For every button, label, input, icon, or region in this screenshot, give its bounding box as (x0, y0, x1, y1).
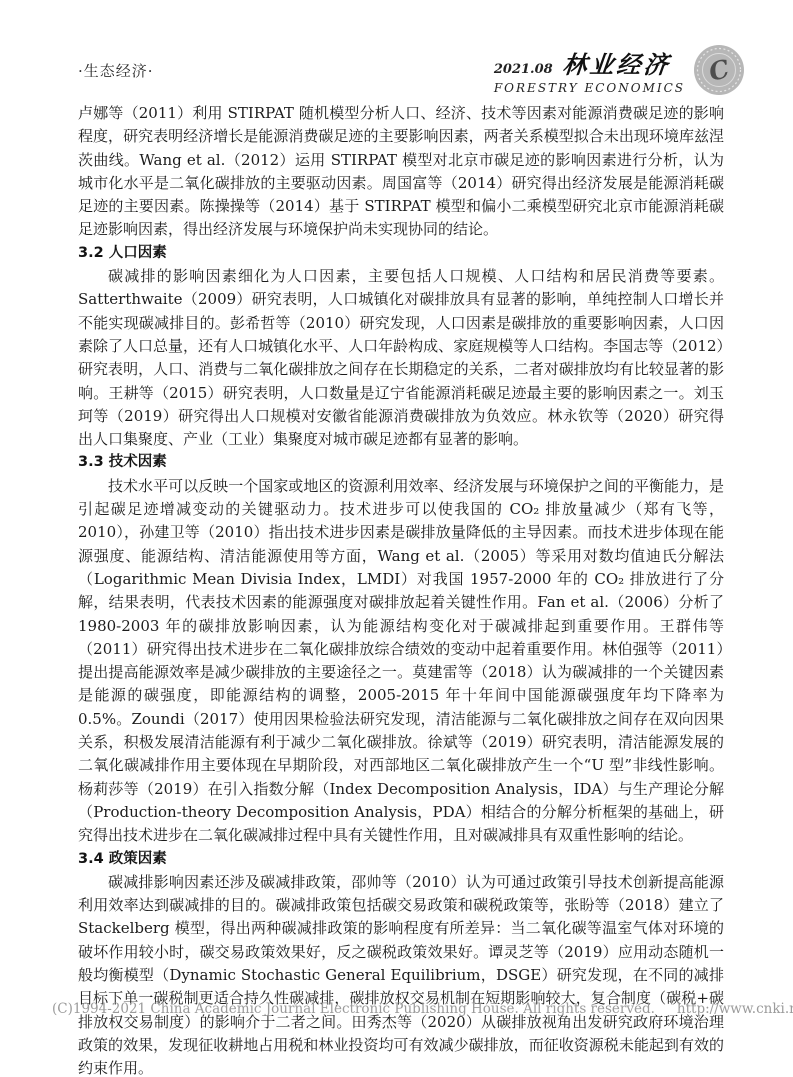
copyright-notice: (C)1994-2021 China Academic Journal Elec… (52, 1001, 655, 1017)
journal-masthead: 2021.08 林业经济 FORESTRY ECONOMICS C (494, 44, 745, 96)
journal-name-chinese: 林业经济 (561, 45, 673, 80)
cnki-url: http://www.cnki.net (677, 1001, 793, 1017)
journal-name-english: FORESTRY ECONOMICS (494, 81, 685, 95)
article-body: 卢娜等（2011）利用 STIRPAT 随机模型分析人口、经济、技术等因素对能源… (78, 102, 724, 1077)
page-footer: (C)1994-2021 China Academic Journal Elec… (52, 1000, 753, 1017)
column-label: ·生态经济· (78, 60, 154, 81)
section-heading-population-factors: 3.2 人口因素 (78, 242, 724, 265)
journal-page: ·生态经济· 2021.08 林业经济 FORESTRY ECONOMICS C… (0, 0, 793, 1077)
journal-title-block: 2021.08 林业经济 FORESTRY ECONOMICS (494, 45, 685, 95)
journal-seal-icon: C (693, 44, 745, 96)
page-header: ·生态经济· 2021.08 林业经济 FORESTRY ECONOMICS C (0, 0, 793, 100)
section-heading-policy-factors: 3.4 政策因素 (78, 848, 724, 871)
paragraph-technology-factors: 技术水平可以反映一个国家或地区的资源利用效率、经济发展与环境保护之间的平衡能力，… (78, 475, 724, 848)
paragraph-economic-factors-continued: 卢娜等（2011）利用 STIRPAT 随机模型分析人口、经济、技术等因素对能源… (78, 102, 724, 242)
issue-date: 2021.08 (494, 62, 553, 80)
paragraph-population-factors: 碳减排的影响因素细化为人口因素，主要包括人口规模、人口结构和居民消费等要素。Sa… (78, 265, 724, 451)
section-heading-technology-factors: 3.3 技术因素 (78, 451, 724, 474)
paragraph-policy-factors: 碳减排影响因素还涉及碳减排政策，邵帅等（2010）认为可通过政策引导技术创新提高… (78, 871, 724, 1077)
